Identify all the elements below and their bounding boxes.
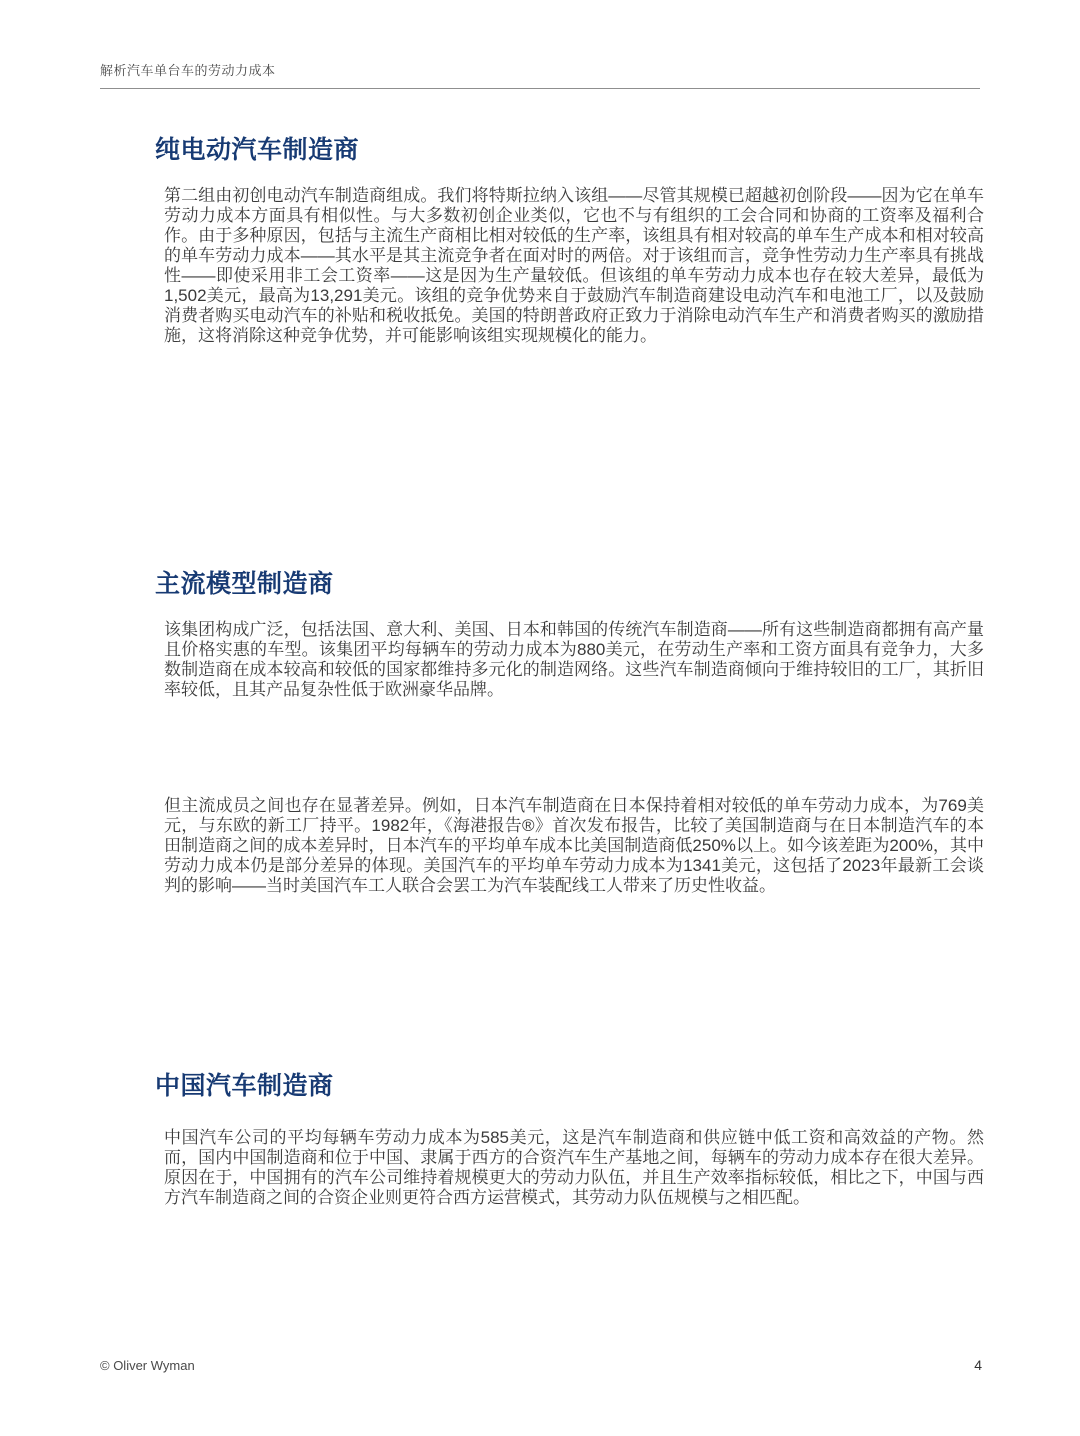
copyright-text: © Oliver Wyman: [100, 1358, 195, 1373]
section-heading-mainstream-makers: 主流模型制造商: [155, 570, 985, 598]
report-page: 解析汽车单台车的劳动力成本 纯电动汽车制造商 第二组由初创电动汽车制造商组成。我…: [0, 0, 1080, 1436]
paragraph-mainstream-makers-2: 但主流成员之间也存在显著差异。例如，日本汽车制造商在日本保持着相对较低的单车劳动…: [164, 796, 984, 896]
section-heading-bev-makers: 纯电动汽车制造商: [155, 136, 985, 164]
paragraph-bev-makers: 第二组由初创电动汽车制造商组成。我们将特斯拉纳入该组——尽管其规模已超越初创阶段…: [164, 186, 984, 346]
running-header-text: 解析汽车单台车的劳动力成本: [100, 63, 276, 78]
paragraph-china-makers: 中国汽车公司的平均每辆车劳动力成本为585美元，这是汽车制造商和供应链中低工资和…: [164, 1128, 984, 1208]
paragraph-mainstream-makers-1: 该集团构成广泛，包括法国、意大利、美国、日本和韩国的传统汽车制造商——所有这些制…: [164, 620, 984, 700]
page-number: 4: [974, 1357, 982, 1373]
section-heading-china-makers: 中国汽车制造商: [155, 1072, 985, 1100]
page-footer: © Oliver Wyman 4: [100, 1357, 982, 1373]
running-header: 解析汽车单台车的劳动力成本: [100, 60, 980, 89]
